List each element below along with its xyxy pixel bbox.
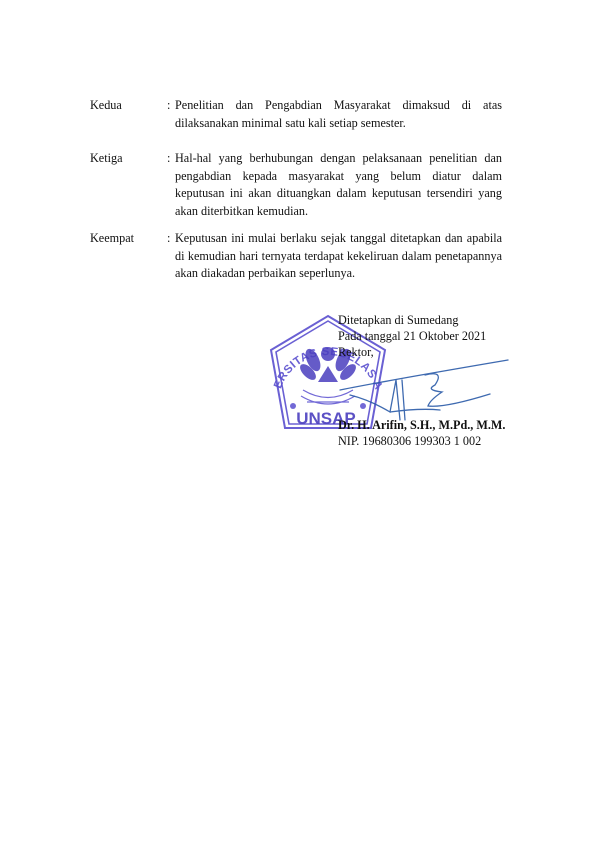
- signature-icon: [330, 350, 510, 425]
- clause-label: Kedua: [90, 97, 122, 115]
- clause-colon: :: [167, 97, 170, 115]
- signature-position: Rektor,: [338, 344, 374, 360]
- clause-text: Keputusan ini mulai berlaku sejak tangga…: [175, 230, 502, 283]
- signatory-nip: NIP. 19680306 199303 1 002: [338, 433, 481, 449]
- clause-label: Ketiga: [90, 150, 123, 168]
- clause-ketiga: Ketiga : Hal-hal yang berhubungan dengan…: [90, 150, 502, 220]
- clause-colon: :: [167, 230, 170, 248]
- clause-kedua: Kedua : Penelitian dan Pengabdian Masyar…: [90, 97, 502, 132]
- signature-date: Pada tanggal 21 Oktober 2021: [338, 328, 486, 344]
- clause-colon: :: [167, 150, 170, 168]
- clause-text: Penelitian dan Pengabdian Masyarakat dim…: [175, 97, 502, 132]
- clause-keempat: Keempat : Keputusan ini mulai berlaku se…: [90, 230, 502, 283]
- signatory-name: Dr. H. Arifin, S.H., M.Pd., M.M.: [338, 417, 505, 433]
- clause-text: Hal-hal yang berhubungan dengan pelaksan…: [175, 150, 502, 220]
- signature-place: Ditetapkan di Sumedang: [338, 312, 459, 328]
- clause-label: Keempat: [90, 230, 134, 248]
